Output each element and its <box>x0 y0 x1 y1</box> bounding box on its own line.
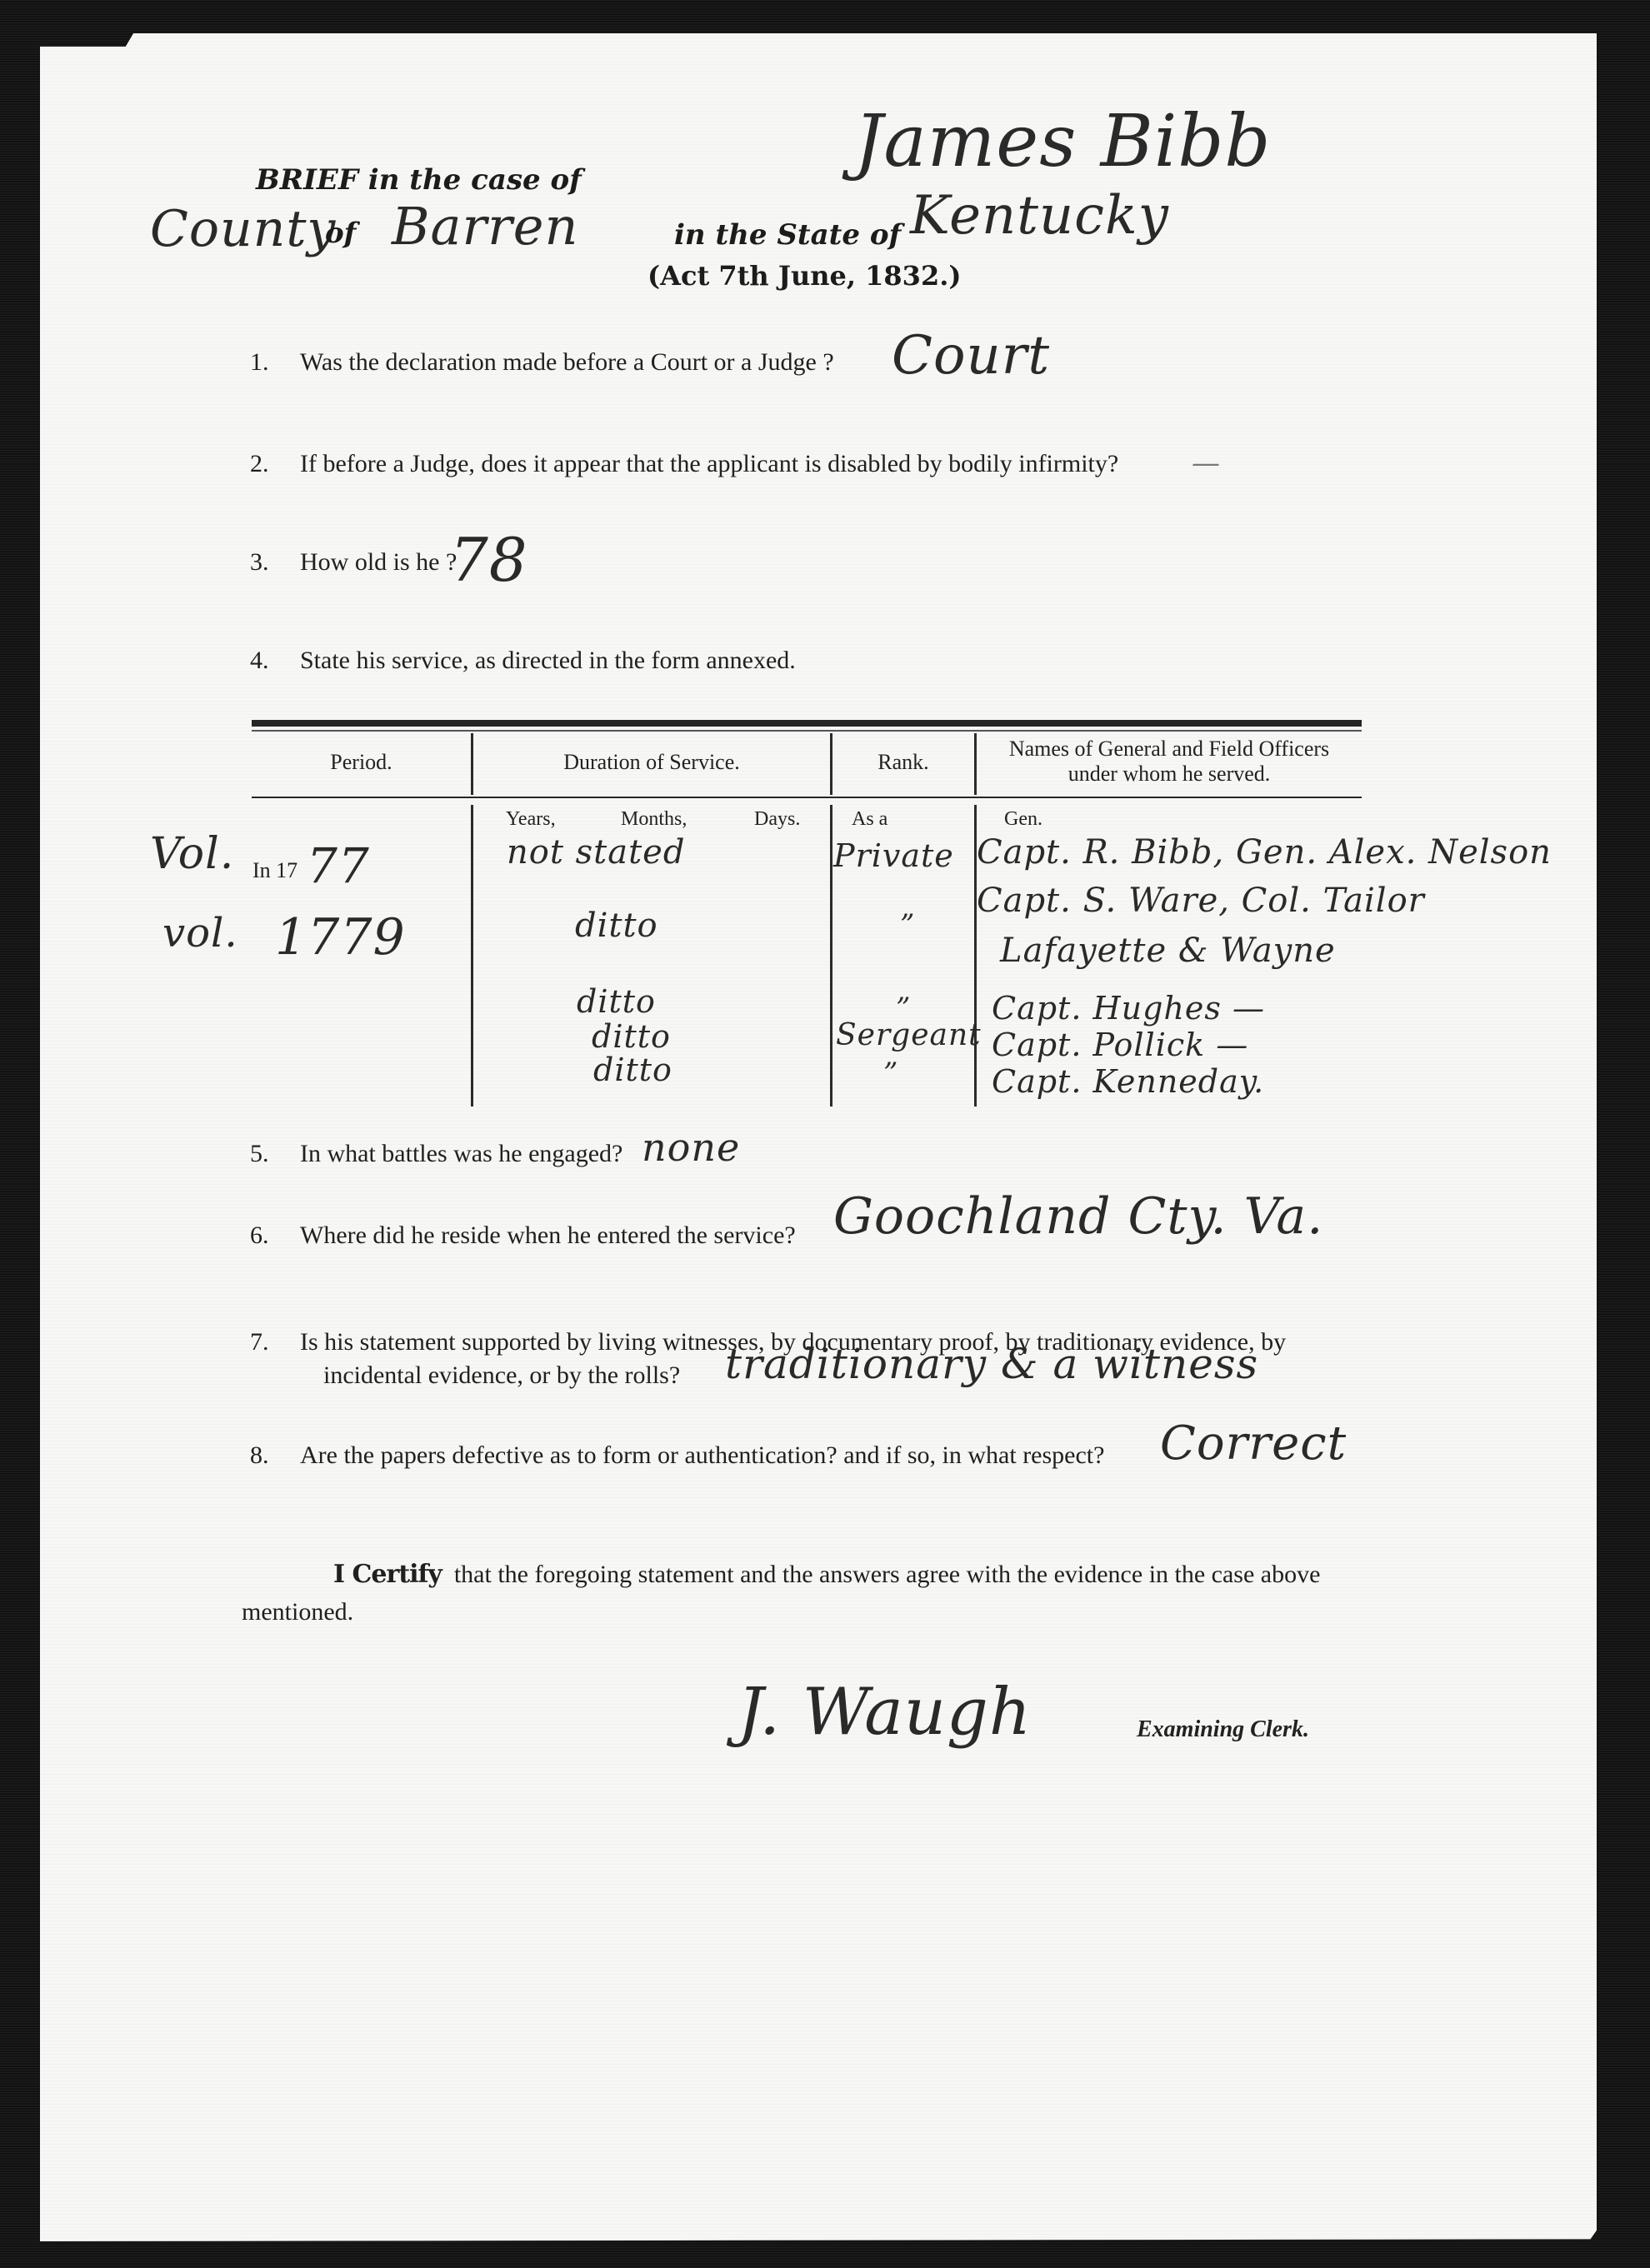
answer-5: none <box>642 1125 740 1170</box>
period-entry: 1779 <box>275 908 406 967</box>
table-top-thin-rule <box>252 730 1362 732</box>
subheader-rank-prefix: As a <box>852 808 887 831</box>
subheader-days: Days. <box>754 808 800 831</box>
duration-entry: ditto <box>593 1052 672 1088</box>
question-5: 5.In what battles was he engaged? <box>250 1140 622 1168</box>
answer-8: Correct <box>1160 1416 1347 1471</box>
question-4: 4.State his service, as directed in the … <box>250 647 796 675</box>
officer-entry: Capt. S. Ware, Col. Tailor <box>977 882 1425 920</box>
certify-text: that the foregoing statement and the ans… <box>454 1561 1321 1588</box>
header-officers: Names of General and Field Officers unde… <box>977 737 1362 787</box>
officer-entry: Capt. Pollick — <box>992 1027 1248 1063</box>
duration-entry: ditto <box>577 983 656 1020</box>
table-top-rule <box>252 720 1362 727</box>
answer-6: Goochland Cty. Va. <box>833 1187 1323 1246</box>
officer-entry: Capt. R. Bibb, Gen. Alex. Nelson <box>977 833 1552 872</box>
title-prefix: BRIEF in the case of <box>256 163 582 197</box>
certify-lead: I Certify <box>333 1560 442 1589</box>
question-text: Was the declaration made before a Court … <box>300 348 834 376</box>
question-text: If before a Judge, does it appear that t… <box>300 450 1118 477</box>
question-text: State his service, as directed in the fo… <box>300 647 796 674</box>
duration-entry: not stated <box>507 833 685 872</box>
county-name: Barren <box>392 196 578 257</box>
rank-entry: Sergeant <box>836 1018 982 1052</box>
question-3: 3.How old is he ? <box>250 548 457 577</box>
duration-entry: ditto <box>592 1018 671 1055</box>
rank-entry: ” <box>900 908 915 942</box>
subheader-years: Years, <box>506 808 556 831</box>
question-text: In what battles was he engaged? <box>300 1140 622 1167</box>
question-text: How old is he ? <box>300 548 457 576</box>
act-reference: (Act 7th June, 1832.) <box>647 260 961 292</box>
question-8: 8.Are the papers defective as to form or… <box>250 1441 1104 1470</box>
answer-3: 78 <box>450 525 528 595</box>
column-divider <box>471 805 473 1107</box>
rank-entry: ” <box>883 1057 898 1090</box>
certification-line1: I Certify that the foregoing statement a… <box>333 1560 1320 1589</box>
claimant-name: James Bibb <box>854 100 1271 183</box>
margin-note: Vol. <box>150 829 234 879</box>
question-1: 1.Was the declaration made before a Cour… <box>250 348 834 377</box>
duration-entry: ditto <box>575 907 658 945</box>
question-7-line2: incidental evidence, or by the rolls? <box>323 1361 680 1390</box>
answer-1: Court <box>892 325 1050 387</box>
question-number: 7. <box>250 1328 300 1356</box>
question-number: 8. <box>250 1441 300 1470</box>
question-text: Are the papers defective as to form or a… <box>300 1441 1104 1469</box>
question-6: 6.Where did he reside when he entered th… <box>250 1221 796 1250</box>
header-duration: Duration of Service. <box>473 750 830 775</box>
state-name: Kentucky <box>910 185 1169 247</box>
county-label-printed: of <box>325 217 356 250</box>
question-number: 5. <box>250 1140 300 1168</box>
question-number: 1. <box>250 348 300 377</box>
period-printed: In 17 <box>252 858 297 883</box>
question-2: 2.If before a Judge, does it appear that… <box>250 450 1118 478</box>
examiner-signature: J. Waugh <box>737 1675 1032 1750</box>
subheader-officers-prefix: Gen. <box>1004 808 1042 831</box>
officer-entry: Lafayette & Wayne <box>1000 932 1336 970</box>
period-entry: 77 <box>307 837 370 894</box>
officer-entry: Capt. Hughes — <box>992 990 1265 1027</box>
state-label: in the State of <box>674 218 901 252</box>
rank-entry: Private <box>833 837 954 874</box>
header-officers-line2: under whom he served. <box>977 762 1362 787</box>
subheader-months: Months, <box>621 808 687 831</box>
answer-2: — <box>1192 447 1221 480</box>
officer-entry: Capt. Kenneday. <box>992 1063 1264 1100</box>
margin-note: vol. <box>162 910 238 957</box>
question-number: 6. <box>250 1221 300 1250</box>
header-period: Period. <box>252 750 471 775</box>
column-divider <box>830 805 832 1107</box>
question-number: 3. <box>250 548 300 577</box>
table-header-rule <box>252 797 1362 798</box>
certification-line2: mentioned. <box>242 1598 353 1626</box>
header-rank: Rank. <box>832 750 974 775</box>
county-label-handwritten: County <box>150 200 336 258</box>
examiner-title: Examining Clerk. <box>1137 1716 1309 1743</box>
header-officers-line1: Names of General and Field Officers <box>977 737 1362 762</box>
question-number: 4. <box>250 647 300 675</box>
question-number: 2. <box>250 450 300 478</box>
question-text: Where did he reside when he entered the … <box>300 1221 796 1249</box>
answer-7: traditionary & a witness <box>725 1340 1258 1388</box>
